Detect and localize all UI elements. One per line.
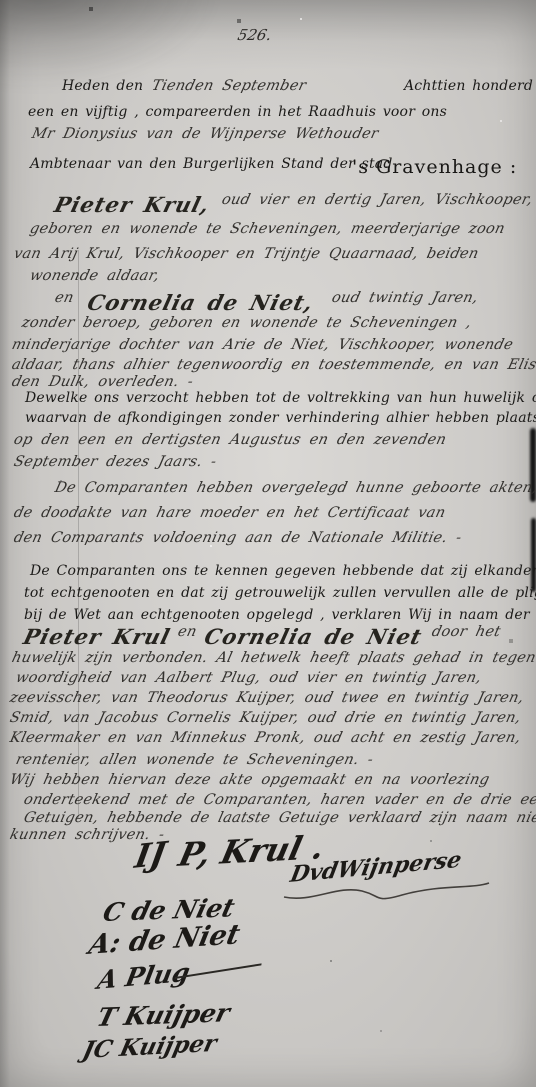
signature-jc-kuijper: JC Kuijper [80,1030,219,1064]
scan-smudge-corner [0,0,220,90]
text-segment: Mr Dionysius van de Wijnperse Wethouder [30,126,380,142]
text-segment: De Comparanten ons te kennen gegeven heb… [30,563,536,579]
text-segment: en [176,624,198,640]
text-segment: van Arij Krul, Vischkooper en Trijntje Q… [12,246,480,262]
text-segment: oud vier en dertig Jaren, Vischkooper, [220,192,534,208]
text-segment: minderjarige dochter van Arie de Niet, V… [10,337,515,353]
text-segment: op den een en dertigsten Augustus en den… [12,432,448,448]
text-segment: Achttien honderd [404,78,533,94]
text-segment: een en vijftig , compareerden in het Raa… [28,104,447,120]
text-segment: Cornelia de Niet [202,624,425,649]
text-segment: Heden den [62,78,143,94]
text-segment: aldaar, thans alhier tegenwoordig en toe… [10,357,536,373]
signature-t-kuijper: T Kuijper [94,998,233,1032]
text-segment: oud twintig Jaren, [330,290,480,306]
text-segment: Ambtenaar van den Burgerlijken Stand der… [30,156,393,172]
text-segment: huwelijk zijn verbonden. Al hetwelk heef… [10,650,536,666]
signature-flourish-dash [175,963,262,979]
text-segment: Dewelke ons verzocht hebben tot de voltr… [25,390,536,406]
text-segment: Pieter Krul, [52,192,213,217]
text-segment: zeevisscher, van Theodorus Kuijper, oud … [8,690,525,706]
text-segment: Wij hebben hiervan deze akte opgemaakt e… [8,772,491,788]
paraph: IJ [132,834,169,876]
text-segment: rentenier, allen wonende te Scheveningen… [14,752,375,768]
text-segment: Getuigen, hebbende de laatste Getuige ve… [22,810,536,826]
text-segment: en [53,290,75,306]
text-segment: September dezes Jaars. - [12,454,218,470]
text-segment: zonder beroep, geboren en wonende te Sch… [20,315,473,331]
scan-shading-left [0,0,10,1087]
text-segment: Kleermaker en van Minnekus Pronk, oud ac… [8,730,522,746]
text-segment: bij de Wet aan echtgenooten opgelegd , v… [24,607,536,623]
text-segment: waarvan de afkondigingen zonder verhinde… [25,410,536,426]
text-segment: Tienden September [150,78,308,94]
text-segment: wonende aldaar, [28,268,161,284]
text-segment: De Comparanten hebben overgelegd hunne g… [53,480,536,496]
page-number: 526. [236,26,273,44]
text-segment: door het [430,624,502,640]
scan-edge-mark [531,518,536,592]
text-segment: Smid, van Jacobus Cornelis Kuijper, oud … [8,710,522,726]
text-segment: Pieter Krul [21,624,173,649]
text-segment: woordigheid van Aalbert Plug, oud vier e… [14,670,483,686]
text-segment: Cornelia de Niet, [85,290,316,315]
text-segment: de doodakte van hare moeder en het Certi… [12,505,447,521]
text-segment: den Comparants voldoening aan de Nationa… [12,530,463,546]
text-segment: geboren en wonende te Scheveningen, meer… [28,221,506,237]
scan-speckles [0,0,2,2]
text-segment: tot echtgenooten en dat zij getrouwelijk… [24,585,536,601]
text-segment: onderteekend met de Comparanten, haren v… [22,792,536,808]
text-segment: den Dulk, overleden. - [10,374,195,390]
scanned-marriage-record-page: 526. Heden denTienden SeptemberAchttien … [0,0,536,1087]
text-segment: 's Gravenhage : [352,156,517,178]
